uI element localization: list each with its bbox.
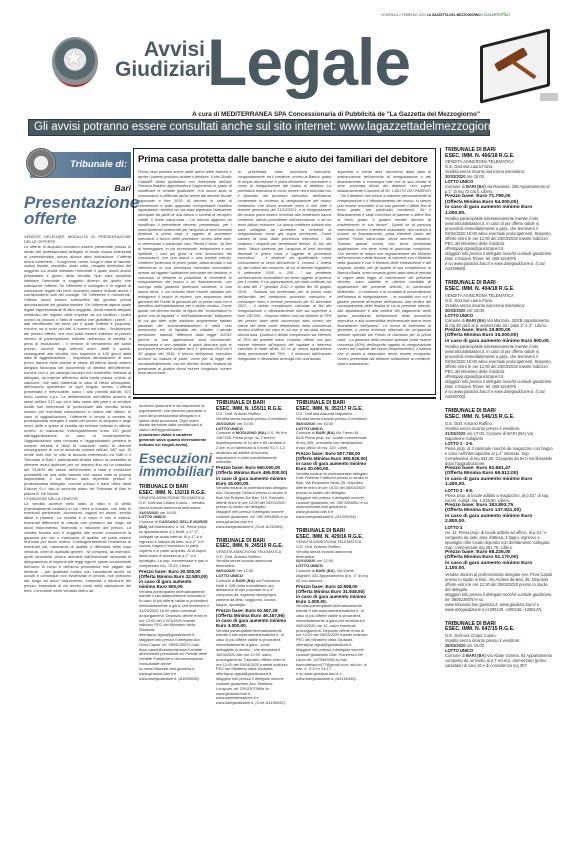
gavel-monitor-icon xyxy=(480,29,558,101)
page-number: II xyxy=(481,13,483,17)
masthead-title-big: Legale xyxy=(207,29,410,95)
seal-icon xyxy=(26,148,56,178)
section-title-presentazione: Presentazione offerte xyxy=(24,195,131,227)
notice-352-17: TRIBUNALE DI BARI ESEC. IMM. N. 352/17 R… xyxy=(296,401,368,520)
article-frame xyxy=(133,297,436,395)
section-title-esecuzioni: Esecuzioni immobiliari xyxy=(139,452,209,479)
article-headline: Prima casa protetta dalle banche e aiuto… xyxy=(138,154,431,165)
offers-rules-text: VENDITE DELEGATE MODALITÀ DI PRESENTAZIO… xyxy=(24,235,131,593)
website-banner: Gli avvisi potranno essere consultati an… xyxy=(28,119,490,136)
notice-404-18: TRIBUNALE DI BARI ESEC. IMM. N. 404/18 R… xyxy=(445,281,553,399)
notice-245-10: TRIBUNALE DI BARI ESEC. IMM. N. 245/10 R… xyxy=(216,539,288,706)
notice-429-16: TRIBUNALE DI BARI ESEC. IMM. N. 429/16 R… xyxy=(296,529,368,682)
issue-date: DOMENICA 2 FEBBRAIO 2020 xyxy=(381,13,426,17)
feature-article: Prima casa protetta dalle banche e aiuto… xyxy=(133,148,436,300)
newspaper-name: LA GAZZETTA DEL MEZZOGIORNO xyxy=(427,13,481,17)
notices-column-3: TRIBUNALE DI BARI ESEC. IMM. N. 352/17 R… xyxy=(296,401,368,682)
notices-column-2: TRIBUNALE DI BARI ESEC. IMM. N. 155/11 R… xyxy=(216,401,288,706)
notice-132-16: TRIBUNALE DI BARI ESEC. IMM. N. 132/16 R… xyxy=(139,485,209,682)
article-divider xyxy=(133,397,436,399)
notice-546-15: TRIBUNALE DI BARI ESEC. IMM. N. 546/15 R… xyxy=(445,409,553,611)
gazzettaffari-logo: GazzettAffari xyxy=(484,12,510,17)
tribunale-bar: Tribunale di: xyxy=(30,152,131,178)
left-column: Tribunale di: Bari Presentazione offerte… xyxy=(24,152,131,594)
italian-republic-emblem-icon: ★ xyxy=(52,37,98,87)
notices-column-right: TRIBUNALE DI BARI ESEC. IMM. N. 466/18 R… xyxy=(445,148,553,668)
notice-466-18: TRIBUNALE DI BARI ESEC. IMM. N. 466/18 R… xyxy=(445,148,553,271)
masthead: ★ Avvisi Giudiziari Legale xyxy=(0,25,580,100)
city-label: Bari xyxy=(24,183,131,193)
page-topline: DOMENICA 2 FEBBRAIO 2020 LA GAZZETTA DEL… xyxy=(280,12,510,17)
masthead-subtitle: A cura di MEDITERRANEA SPA Concessionari… xyxy=(80,111,480,118)
column-divider xyxy=(440,148,441,400)
notice-155-11: TRIBUNALE DI BARI ESEC. IMM. N. 155/11 R… xyxy=(216,401,288,530)
masthead-title-small: Avvisi Giudiziari xyxy=(115,40,205,80)
notice-647-15: TRIBUNALE DI BARI ESEC. IMM. N. 647/15 R… xyxy=(445,622,553,668)
esecuzioni-column: iscrizioni ipotecarie e da trascrizioni … xyxy=(139,404,209,682)
